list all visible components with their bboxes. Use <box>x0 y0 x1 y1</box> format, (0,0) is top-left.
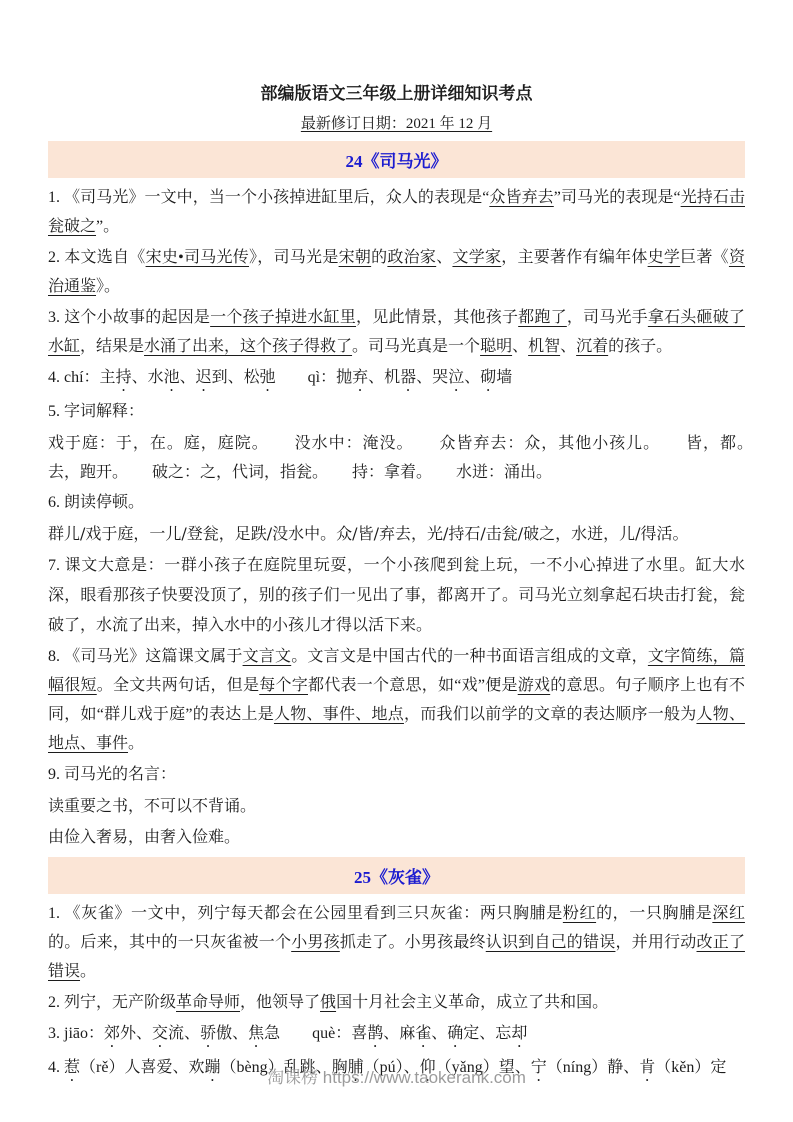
text-segment: 的。后来，其中的一只灰雀被一个 <box>48 934 291 951</box>
emphasis-dot-text: 却 <box>511 1025 527 1042</box>
text-segment: 4. chí：主 <box>48 369 116 386</box>
text-segment: ，见此情景，其他孩子 <box>356 309 518 326</box>
underlined-text: 政治家 <box>387 249 436 266</box>
text-segment: 8. 《司马光》这篇课文属于 <box>48 648 243 665</box>
text-segment: 的孩子。 <box>608 338 672 355</box>
text-segment: 、麻 <box>383 1025 415 1042</box>
text-segment: 都代表一个意思，如“戏”便是 <box>308 677 518 694</box>
footer-watermark: 淘课榜 https://www.taokerank.com <box>0 1066 793 1090</box>
text-segment: ，并用行动 <box>615 934 696 951</box>
text-segment: 国十月社会主义革命，成立了共和国。 <box>336 994 608 1011</box>
text-segment: 6. 朗读停顿。 <box>48 494 144 511</box>
underlined-text: 宋史•司马光传 <box>146 249 249 266</box>
page: 部编版语文三年级上册详细知识考点 最新修订日期：2021 年 12 月 24《司… <box>0 0 793 1122</box>
text-segment: 9. 司马光的名言： <box>48 766 176 783</box>
paragraph: 由俭入奢易，由奢入俭难。 <box>48 822 745 851</box>
underlined-text: 人物、事件、地点 <box>274 706 404 723</box>
doc-subtitle: 最新修订日期：2021 年 12 月 <box>48 113 745 135</box>
text-segment: 1. 《司马光》一文中，当一个小孩掉进缸里后，众人的表现是“ <box>48 189 489 206</box>
paragraph: 8. 《司马光》这篇课文属于文言文。文言文是中国古代的一种书面语言组成的文章，文… <box>48 642 745 758</box>
underlined-text: 深红 <box>712 905 745 922</box>
text-segment: 、哭 <box>416 369 448 386</box>
text-segment: 7. 课文大意是： <box>48 557 164 574</box>
paragraph: 3. 这个小故事的起因是一个孩子掉进水缸里，见此情景，其他孩子都跑了，司马光手拿… <box>48 303 745 361</box>
emphasis-dot-text: 迟 <box>196 369 212 386</box>
text-segment: 的，一只胸脯是 <box>596 905 712 922</box>
underlined-text: 水涌了出来，这个孩子得救了 <box>144 338 352 355</box>
section-heading-24: 24《司马光》 <box>48 141 745 178</box>
paragraph: 1. 《灰雀》一文中，列宁每天都会在公园里看到三只灰雀：两只胸脯是粉红的，一只胸… <box>48 899 745 986</box>
emphasis-dot-text: 器 <box>400 369 416 386</box>
text-segment: 、 <box>464 369 480 386</box>
text-segment: 》。 <box>96 278 120 295</box>
text-segment: 、 <box>180 369 196 386</box>
text-segment: 急 què：喜 <box>264 1025 367 1042</box>
underlined-text: 游戏 <box>518 677 551 694</box>
text-segment: 戏于庭：于，在。庭，庭院。 没水中：淹没。 众皆弃去：众，其他小孩儿。 皆，都。… <box>48 433 777 481</box>
text-segment: 读重要之书，不可以不背诵。 <box>48 796 256 815</box>
emphasis-dot-text: 池 <box>164 369 180 386</box>
text-segment: ”。 <box>96 218 119 235</box>
paragraph: 2. 本文选自《宋史•司马光传》，司马光是宋朝的政治家、文学家，主要著作有编年体… <box>48 243 745 301</box>
underlined-text: 机智 <box>528 338 560 355</box>
paragraph: 4. chí：主持、水池、迟到、松弛 qì：抛弃、机器、哭泣、砌墙 <box>48 363 745 395</box>
text-segment: 群儿/戏于庭，一儿/登瓮，足跌/没水中。众/皆/弃去，光/持石/击瓮/破之，水迸… <box>48 524 689 543</box>
paragraph: 群儿/戏于庭，一儿/登瓮，足跌/没水中。众/皆/弃去，光/持石/击瓮/破之，水迸… <box>48 519 745 548</box>
text-segment: ”司马光的表现是“ <box>554 189 681 206</box>
document-content: 部编版语文三年级上册详细知识考点 最新修订日期：2021 年 12 月 24《司… <box>48 0 745 1087</box>
paragraph: 2. 列宁，无产阶级革命导师，他领导了俄国十月社会主义革命，成立了共和国。 <box>48 988 745 1017</box>
paragraph: 戏于庭：于，在。庭，庭院。 没水中：淹没。 众皆弃去：众，其他小孩儿。 皆，都。… <box>48 428 745 486</box>
emphasis-dot-text: 骄 <box>200 1025 216 1042</box>
underlined-text: 都跑了 <box>518 309 567 326</box>
text-segment: 。司马光真是一个 <box>352 338 480 355</box>
section-heading-25: 25《灰雀》 <box>48 857 745 894</box>
text-segment: 。 <box>80 963 96 980</box>
text-segment: 2. 列宁，无产阶级 <box>48 994 176 1011</box>
underlined-text: 每个字 <box>259 677 308 694</box>
paragraph: 7. 课文大意是：一群小孩子在庭院里玩耍，一个小孩爬到瓮上玩，一不小心掉进了水里… <box>48 550 745 640</box>
emphasis-dot-text: 砌 <box>480 369 496 386</box>
emphasis-dot-text: 弃 <box>352 369 368 386</box>
text-segment: ，他领导了 <box>240 994 320 1011</box>
underlined-text: 聪明 <box>480 338 512 355</box>
emphasis-dot-text: 鹊 <box>367 1025 383 1042</box>
underlined-text: 小男孩 <box>291 934 340 951</box>
text-segment: 。全文共两句话，但是 <box>97 677 260 694</box>
emphasis-dot-text: 雀 <box>415 1025 431 1042</box>
text-segment: 、 <box>436 249 452 266</box>
text-segment: 、 <box>560 338 576 355</box>
text-segment: ，主要著作有编年体 <box>501 249 647 266</box>
paragraph: 5. 字词解释： <box>48 397 745 426</box>
text-segment: 3. 这个小故事的起因是 <box>48 309 210 326</box>
paragraph: 3. jiāo：郊外、交流、骄傲、焦急 què：喜鹊、麻雀、确定、忘却 <box>48 1019 745 1051</box>
underlined-text: 史学 <box>648 249 681 266</box>
doc-title: 部编版语文三年级上册详细知识考点 <box>48 84 745 104</box>
text-segment: 。文言文是中国古代的一种书面语言组成的文章， <box>291 648 648 665</box>
emphasis-dot-text: 弛 <box>260 369 276 386</box>
paragraph: 1. 《司马光》一文中，当一个小孩掉进缸里后，众人的表现是“众皆弃去”司马光的表… <box>48 183 745 241</box>
underlined-text: 革命导师 <box>176 994 240 1011</box>
emphasis-dot-text: 持 <box>116 369 132 386</box>
emphasis-dot-text: 焦 <box>248 1025 264 1042</box>
text-segment: 、水 <box>132 369 164 386</box>
text-segment: 、机 <box>368 369 400 386</box>
text-segment: 。 <box>128 735 144 752</box>
emphasis-dot-text: 确 <box>447 1025 463 1042</box>
text-segment: 墙 <box>496 369 512 386</box>
text-segment: 、 <box>431 1025 447 1042</box>
emphasis-dot-text: 泣 <box>448 369 464 386</box>
text-segment: 由俭入奢易，由奢入俭难。 <box>48 827 240 846</box>
text-segment: 3. jiāo： <box>48 1025 104 1042</box>
underlined-text: 文言文 <box>243 648 292 665</box>
text-segment: 巨著《 <box>680 249 729 266</box>
underlined-text: 众皆弃去 <box>489 189 553 206</box>
text-segment: 的 <box>371 249 387 266</box>
text-segment: qì：抛 <box>276 369 352 386</box>
emphasis-dot-text: 郊 <box>104 1025 120 1042</box>
paragraph: 9. 司马光的名言： <box>48 760 745 789</box>
text-segment: ，而我们以前学的文章的表达顺序一般为 <box>404 706 697 723</box>
text-segment: 、 <box>512 338 528 355</box>
text-segment: 1. 《灰雀》一文中，列宁每天都会在公园里看到三只灰雀：两只胸脯是 <box>48 905 563 922</box>
text-segment: 外、 <box>120 1025 152 1042</box>
paragraph: 6. 朗读停顿。 <box>48 488 745 517</box>
underlined-text: 沉着 <box>576 338 608 355</box>
text-segment: ，结果是 <box>80 338 144 355</box>
text-segment: 5. 字词解释： <box>48 403 144 420</box>
text-segment: 》，司马光是 <box>249 249 339 266</box>
emphasis-dot-text: 交 <box>152 1025 168 1042</box>
paragraph: 读重要之书，不可以不背诵。 <box>48 791 745 820</box>
text-segment: 抓走了。小男孩最终 <box>340 934 486 951</box>
underlined-text: 文学家 <box>452 249 501 266</box>
text-segment: 流、 <box>168 1025 200 1042</box>
text-segment: 傲、 <box>216 1025 248 1042</box>
underlined-text: 俄 <box>320 994 336 1011</box>
underlined-text: 认识到自己的错误 <box>486 934 616 951</box>
text-segment: ，司马光手 <box>567 309 648 326</box>
text-segment: 2. 本文选自《 <box>48 249 146 266</box>
underlined-text: 粉红 <box>563 905 596 922</box>
underlined-text: 一个孩子掉进水缸里 <box>210 309 356 326</box>
text-segment: 到、松 <box>212 369 260 386</box>
document-body: 24《司马光》1. 《司马光》一文中，当一个小孩掉进缸里后，众人的表现是“众皆弃… <box>48 141 745 1085</box>
underlined-text: 宋朝 <box>339 249 372 266</box>
text-segment: 定、忘 <box>463 1025 511 1042</box>
